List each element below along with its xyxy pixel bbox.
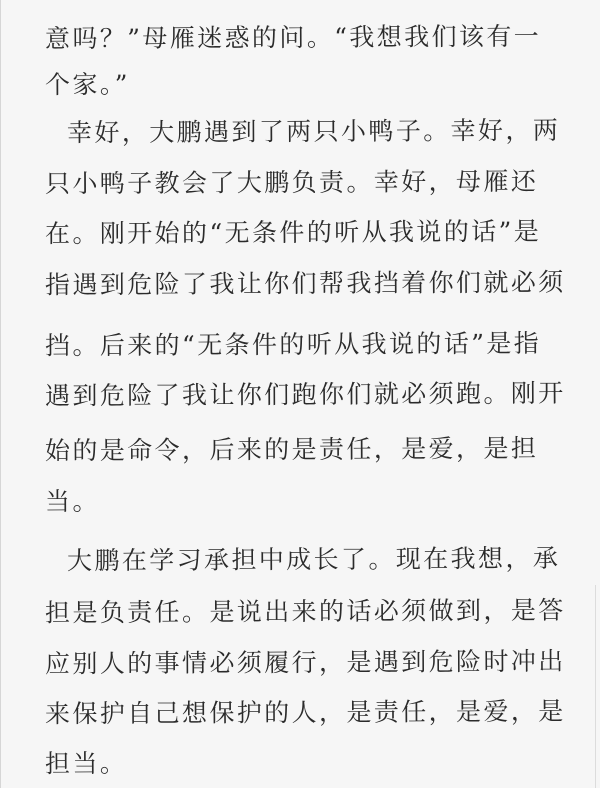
text-line: 意吗？”母雁迷惑的问。“我想我们该有一 <box>45 17 541 60</box>
text-line: 遇到危险了我让你们跑你们就必须跑。刚开 <box>45 374 566 417</box>
text-line: 幸好，大鹏遇到了两只小鸭子。幸好，两 <box>67 111 560 154</box>
text-line: 担是负责任。是说出来的话必须做到，是答 <box>45 591 566 634</box>
handwritten-page: 意吗？”母雁迷惑的问。“我想我们该有一 个家。” 幸好，大鹏遇到了两只小鸭子。幸… <box>0 0 600 788</box>
text-line: 大鹏在学习承担中成长了。现在我想，承 <box>67 539 560 582</box>
text-line: 来保护自己想保护的人，是责任，是爱，是 <box>45 692 566 735</box>
text-line: 指遇到危险了我让你们帮我挡着你们就必须 <box>45 263 566 306</box>
text-line: 始的是命令，后来的是责任，是爱，是担 <box>45 429 538 472</box>
text-line: 当。 <box>45 482 100 522</box>
text-line: 应别人的事情必须履行，是遇到危险时冲出 <box>45 642 566 685</box>
text-line: 担当。 <box>45 744 127 784</box>
text-line: 挡。后来的“无条件的听从我说的话”是指 <box>45 324 541 367</box>
text-line: 只小鸭子教会了大鹏负责。幸好，母雁还 <box>45 162 538 205</box>
text-line: 在。刚开始的“无条件的听从我说的话”是 <box>45 212 541 255</box>
page-edge-rule <box>595 585 596 788</box>
text-line: 个家。” <box>45 65 130 105</box>
